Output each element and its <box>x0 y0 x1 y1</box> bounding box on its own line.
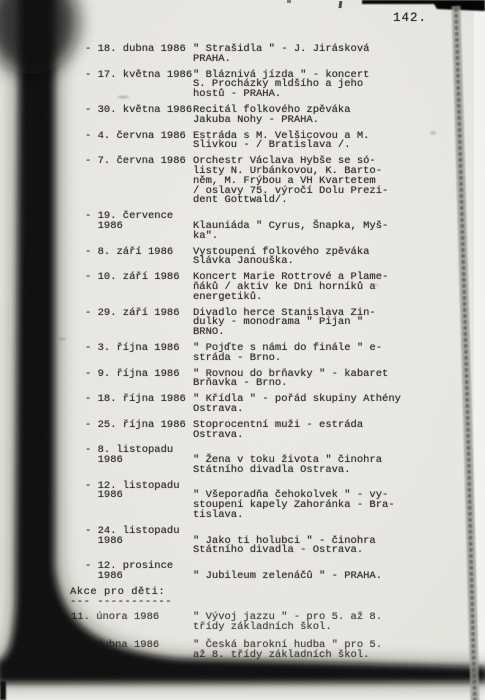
entry-description: " Česká barokní hudba " pro 5.až 8. tříd… <box>193 641 421 661</box>
event-entry: - 8. listopadu 1986 " Žena v toku života… <box>85 446 421 475</box>
desc-line: dent Gottwald/. <box>193 196 421 206</box>
desc-line: Státního divadla Ostrava. <box>193 466 421 476</box>
event-entry: - 18. dubna 1986 " Strašidla " - J. Jirá… <box>85 45 421 65</box>
bottom-left-notch <box>0 681 6 700</box>
entry-description: " Jubileum zelenáčů " - PRAHA. <box>193 562 421 582</box>
event-entry: 11. února 1986 " Vývoj jazzu " - pro 5. … <box>85 613 421 633</box>
event-list: - 18. dubna 1986 " Strašidla " - J. Jirá… <box>85 45 421 669</box>
event-entry: - 8. září 1986 Vystoupení folkového zpěv… <box>85 248 421 268</box>
entry-description: " Bláznivá jízda " - koncertS. Procházky… <box>193 71 421 100</box>
date-line: - 30. května 1986 <box>85 106 193 116</box>
smudge <box>58 338 66 341</box>
event-entry: - 17. května 1986 " Bláznivá jízda " - k… <box>85 71 421 100</box>
desc-line: až 8. třídy základních škol. <box>193 651 421 661</box>
top-edge-speck <box>287 0 291 3</box>
entry-date: - 7. června 1986 <box>85 157 193 206</box>
date-line: 1986 <box>85 491 193 501</box>
entry-description: Klauniáda " Cyrus, Šnapka, Myš-ka". <box>193 212 421 241</box>
entry-description: Divadlo herce Stanislava Zin-dulky - mon… <box>193 309 421 338</box>
desc-line: stráda - Brno. <box>193 354 421 364</box>
entry-description: Estráda s M. Velšicovou a M.Slivkou - / … <box>193 132 421 152</box>
entry-date: - 25. října 1986 <box>85 421 193 441</box>
desc-line: dulky - monodrama " Pijan " <box>193 318 421 328</box>
entry-description: " Strašidla " - J. JiráskováPRAHA. <box>193 45 421 65</box>
entry-description: " Všeporadňa čehokolvek " - vy-stoupení … <box>193 482 421 521</box>
entry-date: 11. února 1986 <box>71 613 193 633</box>
entry-date: - 12. listopadu 1986 <box>85 482 193 521</box>
desc-line: Brňavka - Brno. <box>193 379 421 389</box>
desc-line: tislava. <box>193 511 421 521</box>
desc-line: Jakuba Nohy - PRAHA. <box>193 116 421 126</box>
entry-description: Vystoupení folkového zpěvákaSlávka Janou… <box>193 248 421 268</box>
event-entry: - 24. listopadu 1986 " Jako ti holubci "… <box>85 527 421 556</box>
entry-description: " Křídla " - pořád skupiny AthényOstrava… <box>193 395 421 415</box>
entry-date: - 8. září 1986 <box>85 248 193 268</box>
main-entries: - 18. dubna 1986 " Strašidla " - J. Jirá… <box>85 45 421 582</box>
children-entries: 11. února 1986 " Vývoj jazzu " - pro 5. … <box>85 613 421 660</box>
event-entry: - 10. září 1986 Koncert Marie Rottrové a… <box>85 273 421 302</box>
page-edge-grain-wide <box>456 6 475 700</box>
entry-date: - 10. září 1986 <box>85 273 193 302</box>
desc-line: Slávka Janouška. <box>193 257 421 267</box>
date-line: - 9. října 1986 <box>85 370 193 380</box>
desc-line: hostů - PRAHA. <box>193 90 421 100</box>
entry-date: - 9. října 1986 <box>85 370 193 390</box>
entry-description: " Žena v toku života " činohraStátního d… <box>193 446 421 475</box>
entry-date: - 30. května 1986 <box>85 106 193 126</box>
desc-line: energetiků. <box>193 293 421 303</box>
event-entry: - 3. října 1986 " Pojďte s námi do finál… <box>85 344 421 364</box>
event-entry: - 7. června 1986 Orchestr Václava Hybše … <box>85 157 421 206</box>
date-line: - 18. října 1986 <box>85 395 193 405</box>
entry-date: - 19. července 1986 <box>85 212 193 241</box>
event-entry: - 30. května 1986 Recitál folkového zpěv… <box>85 106 421 126</box>
entry-date: - 8. listopadu 1986 <box>85 446 193 475</box>
date-line: - 7. června 1986 <box>85 157 193 167</box>
top-left-dark-blob <box>0 0 78 74</box>
date-line: - 18. dubna 1986 <box>85 45 193 55</box>
desc-line: PRAHA. <box>193 55 421 65</box>
next-page-strip <box>0 680 485 700</box>
smudge <box>430 131 436 135</box>
entry-date: - 3. října 1986 <box>85 344 193 364</box>
entry-description: Stoprocentní muži - estrádaOstrava. <box>193 421 421 441</box>
event-entry: - 25. října 1986 Stoprocentní muži - est… <box>85 421 421 441</box>
entry-date: - 24. listopadu 1986 <box>85 527 193 556</box>
desc-line: Ostrava. <box>193 405 421 415</box>
date-line: - 10. září 1986 <box>85 273 193 283</box>
section-heading-underline: --- ----------- <box>70 598 421 608</box>
desc-line: třídy základních škol. <box>193 623 421 633</box>
entry-description: " Jako ti holubci " - činohraStátního di… <box>193 527 421 556</box>
date-line: - 25. října 1986 <box>85 421 193 431</box>
event-entry: 25. dubna 1986 " Česká barokní hudba " p… <box>85 641 421 661</box>
entry-date: 25. dubna 1986 <box>71 641 193 661</box>
date-line: - 17. května 1986 <box>85 71 193 81</box>
event-entry: - 4. června 1986 Estráda s M. Velšicovou… <box>85 132 421 152</box>
page-number: 142. <box>393 11 427 25</box>
date-line: - 3. října 1986 <box>85 344 193 354</box>
page-edge-grain-dark <box>456 8 475 700</box>
entry-description: " Pojďte s námi do finále " e-stráda - B… <box>193 344 421 364</box>
date-line: 1986 <box>85 222 193 232</box>
date-line: - 29. září 1986 <box>85 309 193 319</box>
event-entry: - 29. září 1986 Divadlo herce Stanislava… <box>85 309 421 338</box>
event-entry: - 12. prosince 1986 " Jubileum zelenáčů … <box>85 562 421 582</box>
date-line: - 4. června 1986 <box>85 132 193 142</box>
entry-description: Orchestr Václava Hybše se só-listy N. Ur… <box>193 157 421 206</box>
entry-date: - 18. dubna 1986 <box>85 45 193 65</box>
desc-line: Ostrava. <box>193 431 421 441</box>
entry-description: " Rovnou do brňavky " - kabaretBrňavka -… <box>193 370 421 390</box>
entry-description: Koncert Marie Rottrové a Plame-ňáků / ak… <box>193 273 421 302</box>
date-line: - 8. září 1986 <box>85 248 193 258</box>
desc-line: " Jubileum zelenáčů " - PRAHA. <box>193 572 421 582</box>
event-entry: - 18. října 1986 " Křídla " - pořád skup… <box>85 395 421 415</box>
date-line: 11. února 1986 <box>71 613 193 623</box>
scanned-page: 142. - 18. dubna 1986 " Strašidla " - J.… <box>0 0 485 700</box>
date-line: 25. dubna 1986 <box>71 641 193 651</box>
event-entry: - 12. listopadu 1986 " Všeporadňa čehoko… <box>85 482 421 521</box>
entry-description: Recitál folkového zpěvákaJakuba Nohy - P… <box>193 106 421 126</box>
date-line: 1986 <box>85 456 193 466</box>
entry-description: " Vývoj jazzu " - pro 5. až 8.třídy zákl… <box>193 613 421 633</box>
event-entry: - 19. července 1986 Klauniáda " Cyrus, Š… <box>85 212 421 241</box>
desc-line: ka". <box>193 232 421 242</box>
section-heading: Akce pro děti: --- ----------- <box>70 588 421 608</box>
top-edge-bar <box>362 0 485 11</box>
entry-date: - 4. června 1986 <box>85 132 193 152</box>
desc-line: Státního divadla - Ostrava. <box>193 546 421 556</box>
date-line: 1986 <box>85 572 193 582</box>
right-margin-strip <box>474 0 485 700</box>
desc-line: Klauniáda " Cyrus, Šnapka, Myš- <box>193 222 421 232</box>
entry-date: - 29. září 1986 <box>85 309 193 338</box>
entry-date: - 18. října 1986 <box>85 395 193 415</box>
date-line: 1986 <box>85 537 193 547</box>
desc-line: Slivkou - / Bratislava /. <box>193 141 421 151</box>
entry-date: - 12. prosince 1986 <box>85 562 193 582</box>
entry-date: - 17. května 1986 <box>85 71 193 100</box>
desc-line: BRNO. <box>193 328 421 338</box>
event-entry: - 9. října 1986 " Rovnou do brňavky " - … <box>85 370 421 390</box>
top-edge-tick <box>338 1 342 8</box>
